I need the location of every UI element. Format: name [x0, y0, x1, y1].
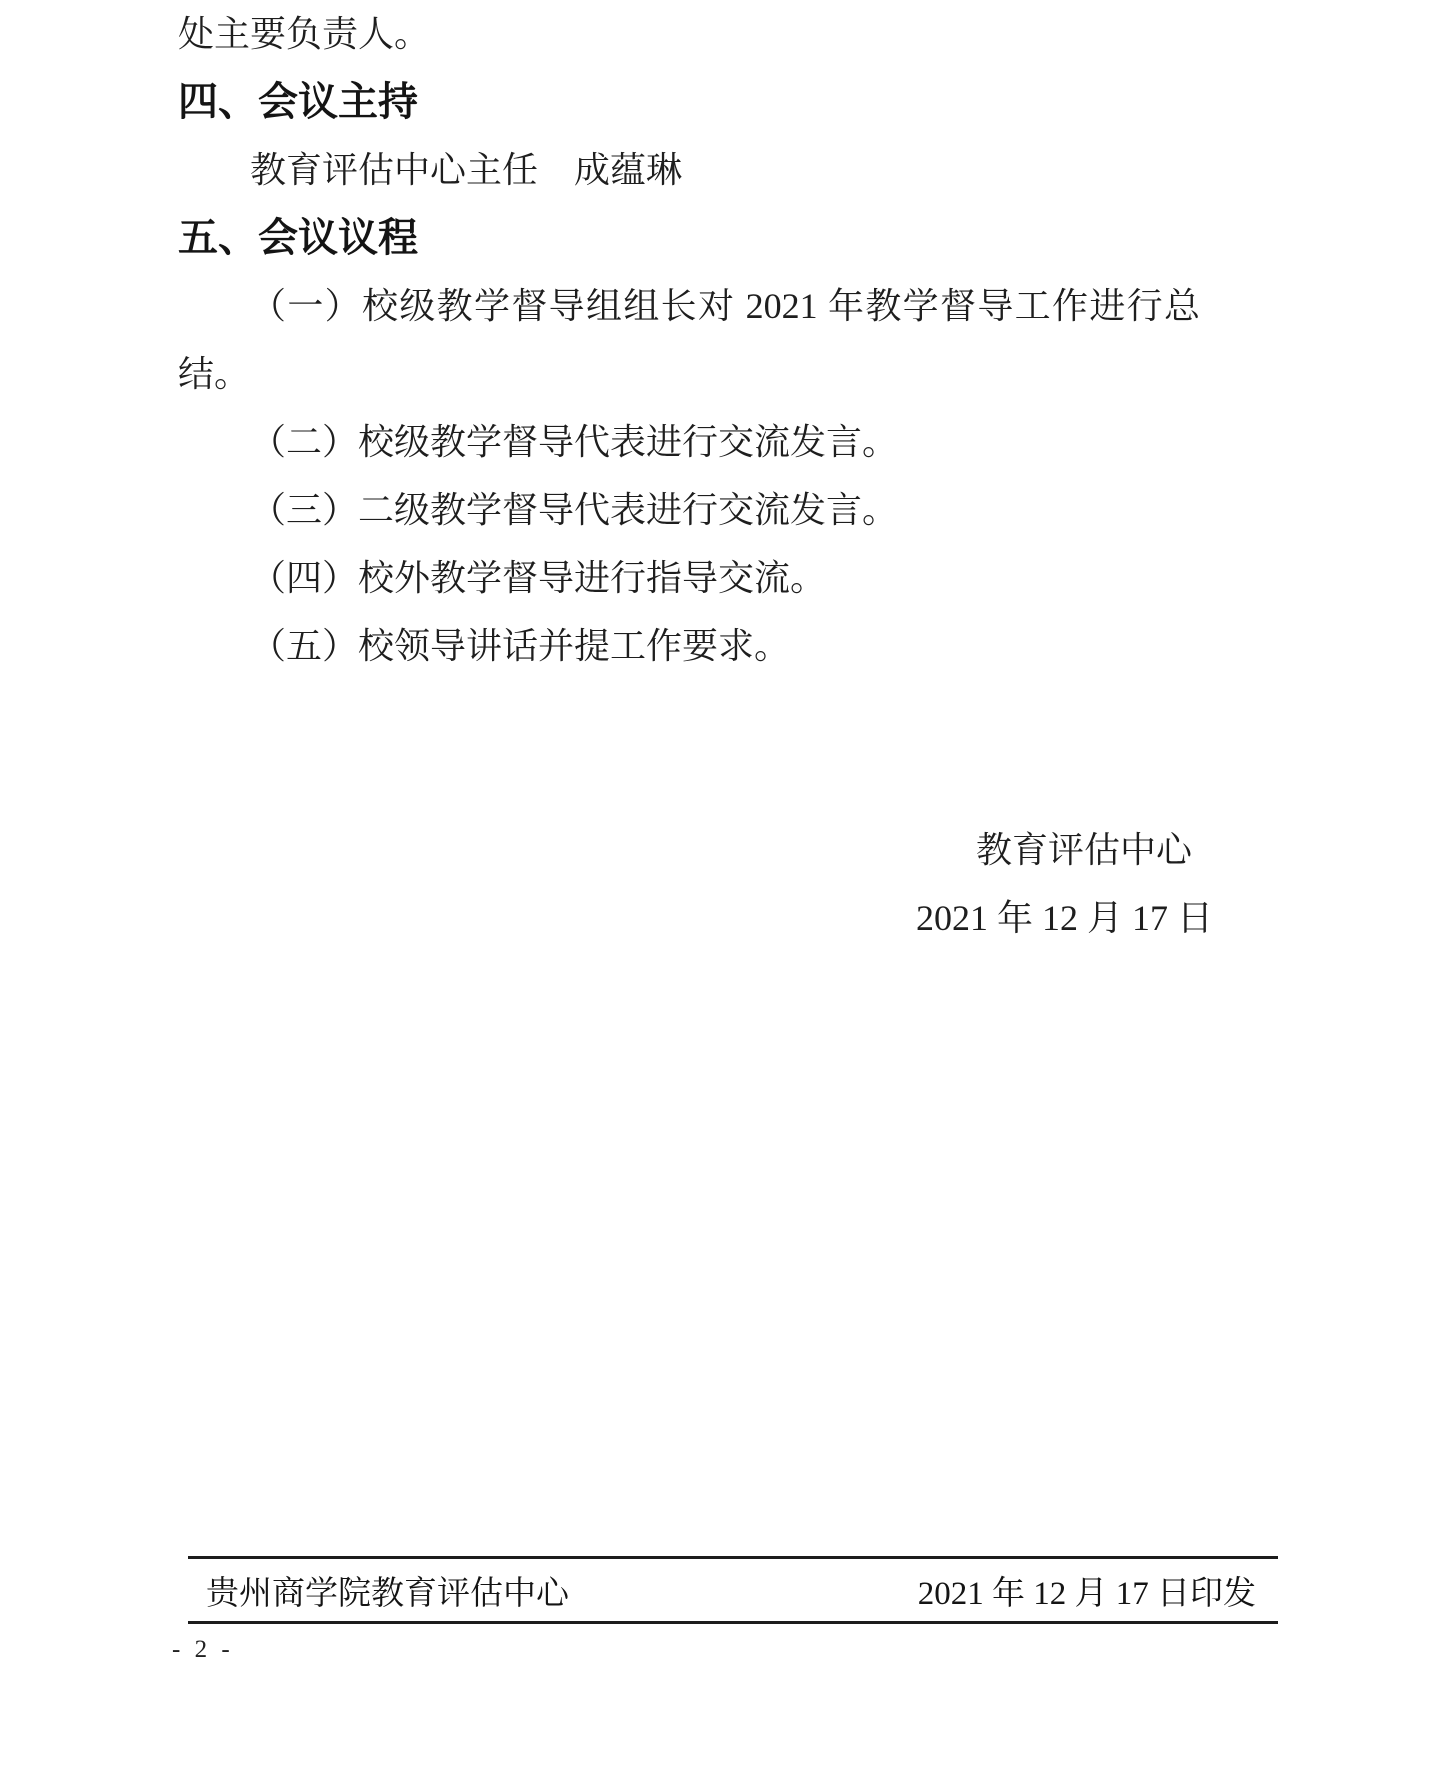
section-4-heading: 四、会议主持 [178, 68, 1240, 136]
colophon-row: 贵州商学院教育评估中心 2021 年 12 月 17 日印发 [188, 1559, 1278, 1621]
signature-block: 教育评估中心 2021 年 12 月 17 日 [178, 816, 1240, 952]
signature-date: 2021 年 12 月 17 日 [178, 884, 1213, 952]
page-number: - 2 - [172, 1636, 234, 1664]
colophon-bottom-rule [188, 1621, 1278, 1624]
meeting-host-text: 教育评估中心主任 成蕴琳 [178, 136, 1240, 204]
section-5-heading: 五、会议议程 [178, 204, 1240, 272]
agenda-item-1: （一）校级教学督导组组长对 2021 年教学督导工作进行总结。 [178, 272, 1200, 408]
colophon-issuer: 贵州商学院教育评估中心 [206, 1567, 569, 1614]
document-body: 处主要负责人。 四、会议主持 教育评估中心主任 成蕴琳 五、会议议程 （一）校级… [178, 0, 1240, 952]
agenda-item-3: （三）二级教学督导代表进行交流发言。 [178, 476, 1240, 544]
continuation-text: 处主要负责人。 [178, 0, 1240, 68]
document-page: 处主要负责人。 四、会议主持 教育评估中心主任 成蕴琳 五、会议议程 （一）校级… [0, 0, 1448, 1779]
agenda-item-5: （五）校领导讲话并提工作要求。 [178, 612, 1240, 680]
agenda-item-2: （二）校级教学督导代表进行交流发言。 [178, 408, 1240, 476]
signature-organization: 教育评估中心 [178, 816, 1192, 884]
agenda-item-4: （四）校外教学督导进行指导交流。 [178, 544, 1240, 612]
footer-colophon: 贵州商学院教育评估中心 2021 年 12 月 17 日印发 [188, 1556, 1278, 1624]
colophon-print-date: 2021 年 12 月 17 日印发 [918, 1567, 1256, 1614]
